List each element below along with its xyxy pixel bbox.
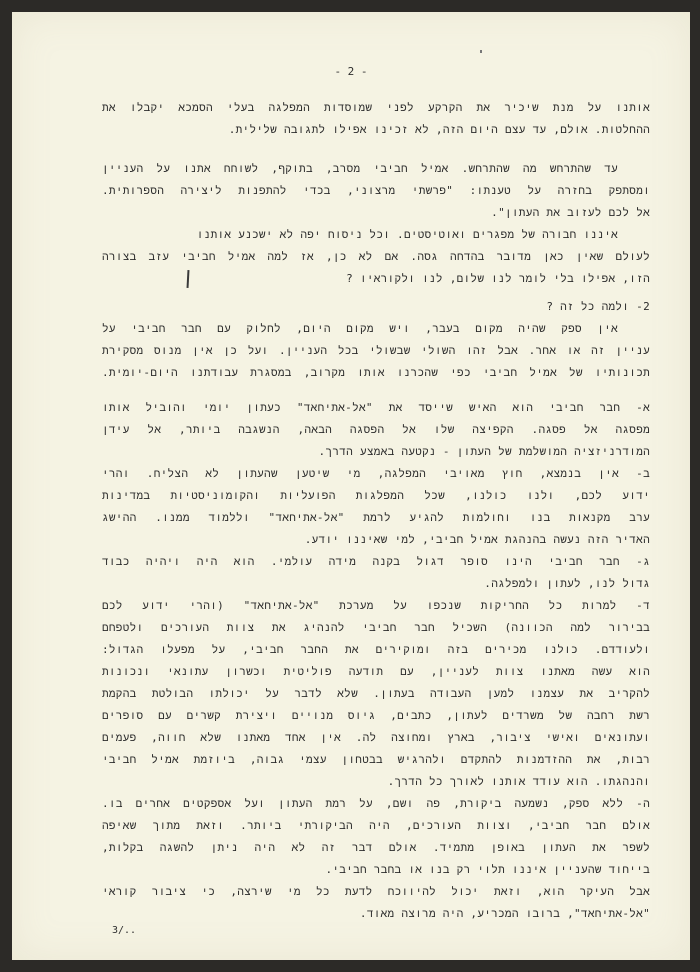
speck-mark bbox=[480, 50, 482, 53]
text-line: ועתונאים ואישי ציבור, בארץ ומחוצה לה. אי… bbox=[102, 728, 650, 748]
text-line: תכונותיו של אמיל חביבי כפי שהכרנו אותו מ… bbox=[102, 363, 650, 383]
text-line: איננו חבורה של מפגרים ואוטיסטים. וכל ניס… bbox=[102, 225, 650, 245]
continuation-reference: 3/.. bbox=[112, 925, 136, 936]
text-line: אולם חבר חביבי, וצוות העורכים, היה הביקו… bbox=[102, 816, 650, 836]
text-line: רשת רחבה של משרדים לעתון, כתבים, גיוס מנ… bbox=[102, 706, 650, 726]
text-line: לשפר את העתון באופן מתמיד. אולם דבר זה ל… bbox=[102, 838, 650, 858]
text-line: מפסגה אל פסגה. הקפיצה שלו אל הפסגה הבאה,… bbox=[102, 420, 650, 440]
text-line: ההחלטות. אולם, עד עצם היום הזה, לא זכינו… bbox=[102, 120, 650, 140]
text-line: רבות, את ההזדמנות להתקדם ולהרגיש בבטחון … bbox=[102, 750, 650, 770]
text-line: "אל-אתיחאד", ברובו המכריע, היה מרוצה מאו… bbox=[102, 904, 650, 924]
text-line: בייחוד שהעניין איננו תלוי רק בנו או בחבר… bbox=[102, 860, 650, 880]
list-item-gimel: ג- חבר חביבי הינו סופר דגול בקנה מידה עו… bbox=[102, 552, 650, 572]
text-line: ולעודדם. כולנו מכירים בזה ומוקירים את הח… bbox=[102, 640, 650, 660]
text-line: לעולם שאין כאן מדובר בהדחה גסה. אם לא כן… bbox=[102, 247, 650, 267]
text-line: ערב מקנאות בנו וחולמות להגיע לרמת "אל-את… bbox=[102, 508, 650, 528]
list-item-he: ה- ללא ספק, נשמעה ביקורת, פה ושם, על רמת… bbox=[102, 794, 650, 814]
list-item-dalet: ד- למרות כל החריקות שנכפו על מערכת "אל-א… bbox=[102, 596, 650, 616]
text-line: ידוע לכם, ולנו כולנו, שכל המפלגות הפועלי… bbox=[102, 486, 650, 506]
text-line: המודרניזציה המושלמת של העתון - נקטעה באמ… bbox=[102, 442, 650, 462]
text-line: הוא עשה מאתנו צוות לעניין, עם תודעה פולי… bbox=[102, 662, 650, 682]
list-item-alef: א- חבר חביבי הוא האיש שייסד את "אל-אתיחא… bbox=[102, 398, 650, 418]
text-line: אותנו על מנת שיכיר את הקרקע לפני שמוסדות… bbox=[102, 98, 650, 118]
text-line: עד שהתרחש מה שהתרחש. אמיל חביבי מסרב, בת… bbox=[102, 159, 650, 179]
page-number: - 2 - bbox=[12, 65, 690, 78]
text-line: להקריב את עצמנו למען העבודה בעתון. שלא ל… bbox=[102, 684, 650, 704]
list-item-bet: ב- אין בנמצא, חוץ מאויבי המפלגה, מי שיטע… bbox=[102, 464, 650, 484]
text-line: ומסתפק בחזרה על טענתו: "פרשתי מרצוני, בכ… bbox=[102, 181, 650, 201]
document-page: - 2 - אותנו על מנת שיכיר את הקרקע לפני ש… bbox=[12, 12, 690, 960]
text-line: אין ספק שהיה מקום בעבר, ויש מקום היום, ל… bbox=[102, 319, 650, 339]
text-line: הזו, אפילו בלי לומר לנו שלום, לנו ולקורא… bbox=[102, 269, 650, 289]
text-line: גדול לנו, לעתון ולמפלגה. bbox=[102, 574, 650, 594]
text-line: אבל העיקר הוא, וזאת יכול להיווכח לדעת כל… bbox=[102, 882, 650, 902]
text-line: בבירור למה הכוונה) השכיל חבר חביבי להנהי… bbox=[102, 618, 650, 638]
text-line: אל לכם לעזוב את העתון". bbox=[102, 203, 650, 223]
text-line: האדיר הזה נעשה בהנהגת אמיל חביבי, למי שא… bbox=[102, 530, 650, 550]
section-heading: 2- ולמה כל זה ? bbox=[102, 297, 650, 317]
text-line: עניין זה או אחר. אבל זהו השולי שבשולי בכ… bbox=[102, 341, 650, 361]
text-line: והנהגתו. הוא עודד אותנו לאורך כל הדרך. bbox=[102, 772, 650, 792]
